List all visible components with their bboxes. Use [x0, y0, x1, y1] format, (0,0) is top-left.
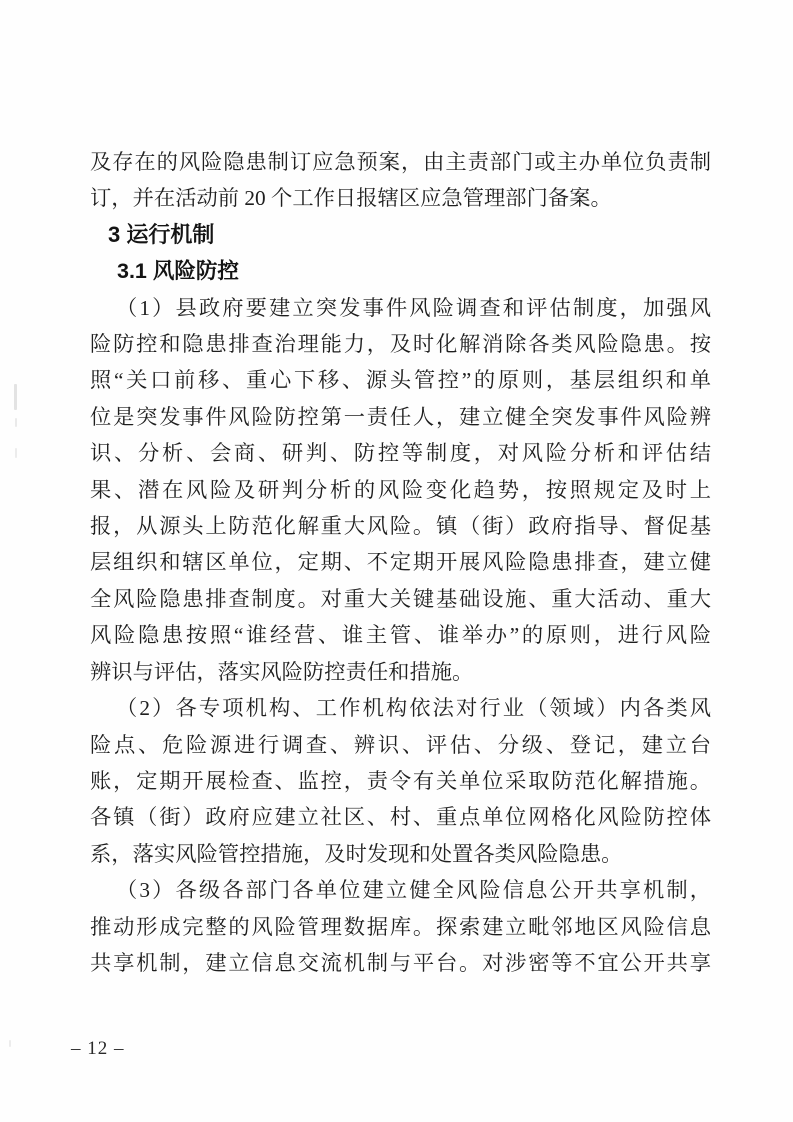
scan-smudge	[9, 1040, 11, 1047]
text-line: 订，并在活动前 20 个工作日报辖区应急管理部门备案。	[90, 180, 711, 216]
scan-smudge	[15, 448, 17, 458]
text-line: 险防控和隐患排查治理能力，及时化解消除各类风险隐患。按	[90, 326, 711, 362]
text-line: 识、分析、会商、研判、防控等制度，对风险分析和评估结	[90, 435, 711, 471]
text-line: 层组织和辖区单位，定期、不定期开展风险隐患排查，建立健	[90, 544, 711, 580]
section-heading: 3 运行机制	[90, 217, 711, 253]
text-line: 果、潜在风险及研判分析的风险变化趋势，按照规定及时上	[90, 472, 711, 508]
text-line: 险点、危险源进行调查、辨识、评估、分级、登记，建立台	[90, 727, 711, 763]
text-line: （2）各专项机构、工作机构依法对行业（领域）内各类风	[90, 690, 711, 726]
scan-smudge	[15, 418, 17, 427]
text-line: 报，从源头上防范化解重大风险。镇（街）政府指导、督促基	[90, 508, 711, 544]
document-text-block: 及存在的风险隐患制订应急预案，由主责部门或主办单位负责制 订，并在活动前 20 …	[90, 144, 711, 981]
text-line: （3）各级各部门各单位建立健全风险信息公开共享机制，	[90, 872, 711, 908]
text-line: 共享机制，建立信息交流机制与平台。对涉密等不宜公开共享	[90, 945, 711, 981]
text-line: 全风险隐患排查制度。对重大关键基础设施、重大活动、重大	[90, 581, 711, 617]
text-line: 系，落实风险管控措施，及时发现和处置各类风险隐患。	[90, 836, 711, 872]
page-number: – 12 –	[71, 1038, 125, 1060]
scan-smudge	[14, 384, 17, 410]
text-line: 照“关口前移、重心下移、源头管控”的原则，基层组织和单	[90, 362, 711, 398]
subsection-heading: 3.1 风险防控	[90, 253, 711, 289]
text-line: 及存在的风险隐患制订应急预案，由主责部门或主办单位负责制	[90, 144, 711, 180]
text-line: 辨识与评估，落实风险防控责任和措施。	[90, 654, 711, 690]
text-line: 账，定期开展检查、监控，责令有关单位采取防范化解措施。	[90, 763, 711, 799]
text-line: 各镇（街）政府应建立社区、村、重点单位网格化风险防控体	[90, 799, 711, 835]
scanned-document-page: 及存在的风险隐患制订应急预案，由主责部门或主办单位负责制 订，并在活动前 20 …	[0, 0, 793, 1122]
text-line: 推动形成完整的风险管理数据库。探索建立毗邻地区风险信息	[90, 909, 711, 945]
text-line: 位是突发事件风险防控第一责任人，建立健全突发事件风险辨	[90, 399, 711, 435]
text-line: （1）县政府要建立突发事件风险调查和评估制度，加强风	[90, 290, 711, 326]
text-line: 风险隐患按照“谁经营、谁主管、谁举办”的原则，进行风险	[90, 617, 711, 653]
